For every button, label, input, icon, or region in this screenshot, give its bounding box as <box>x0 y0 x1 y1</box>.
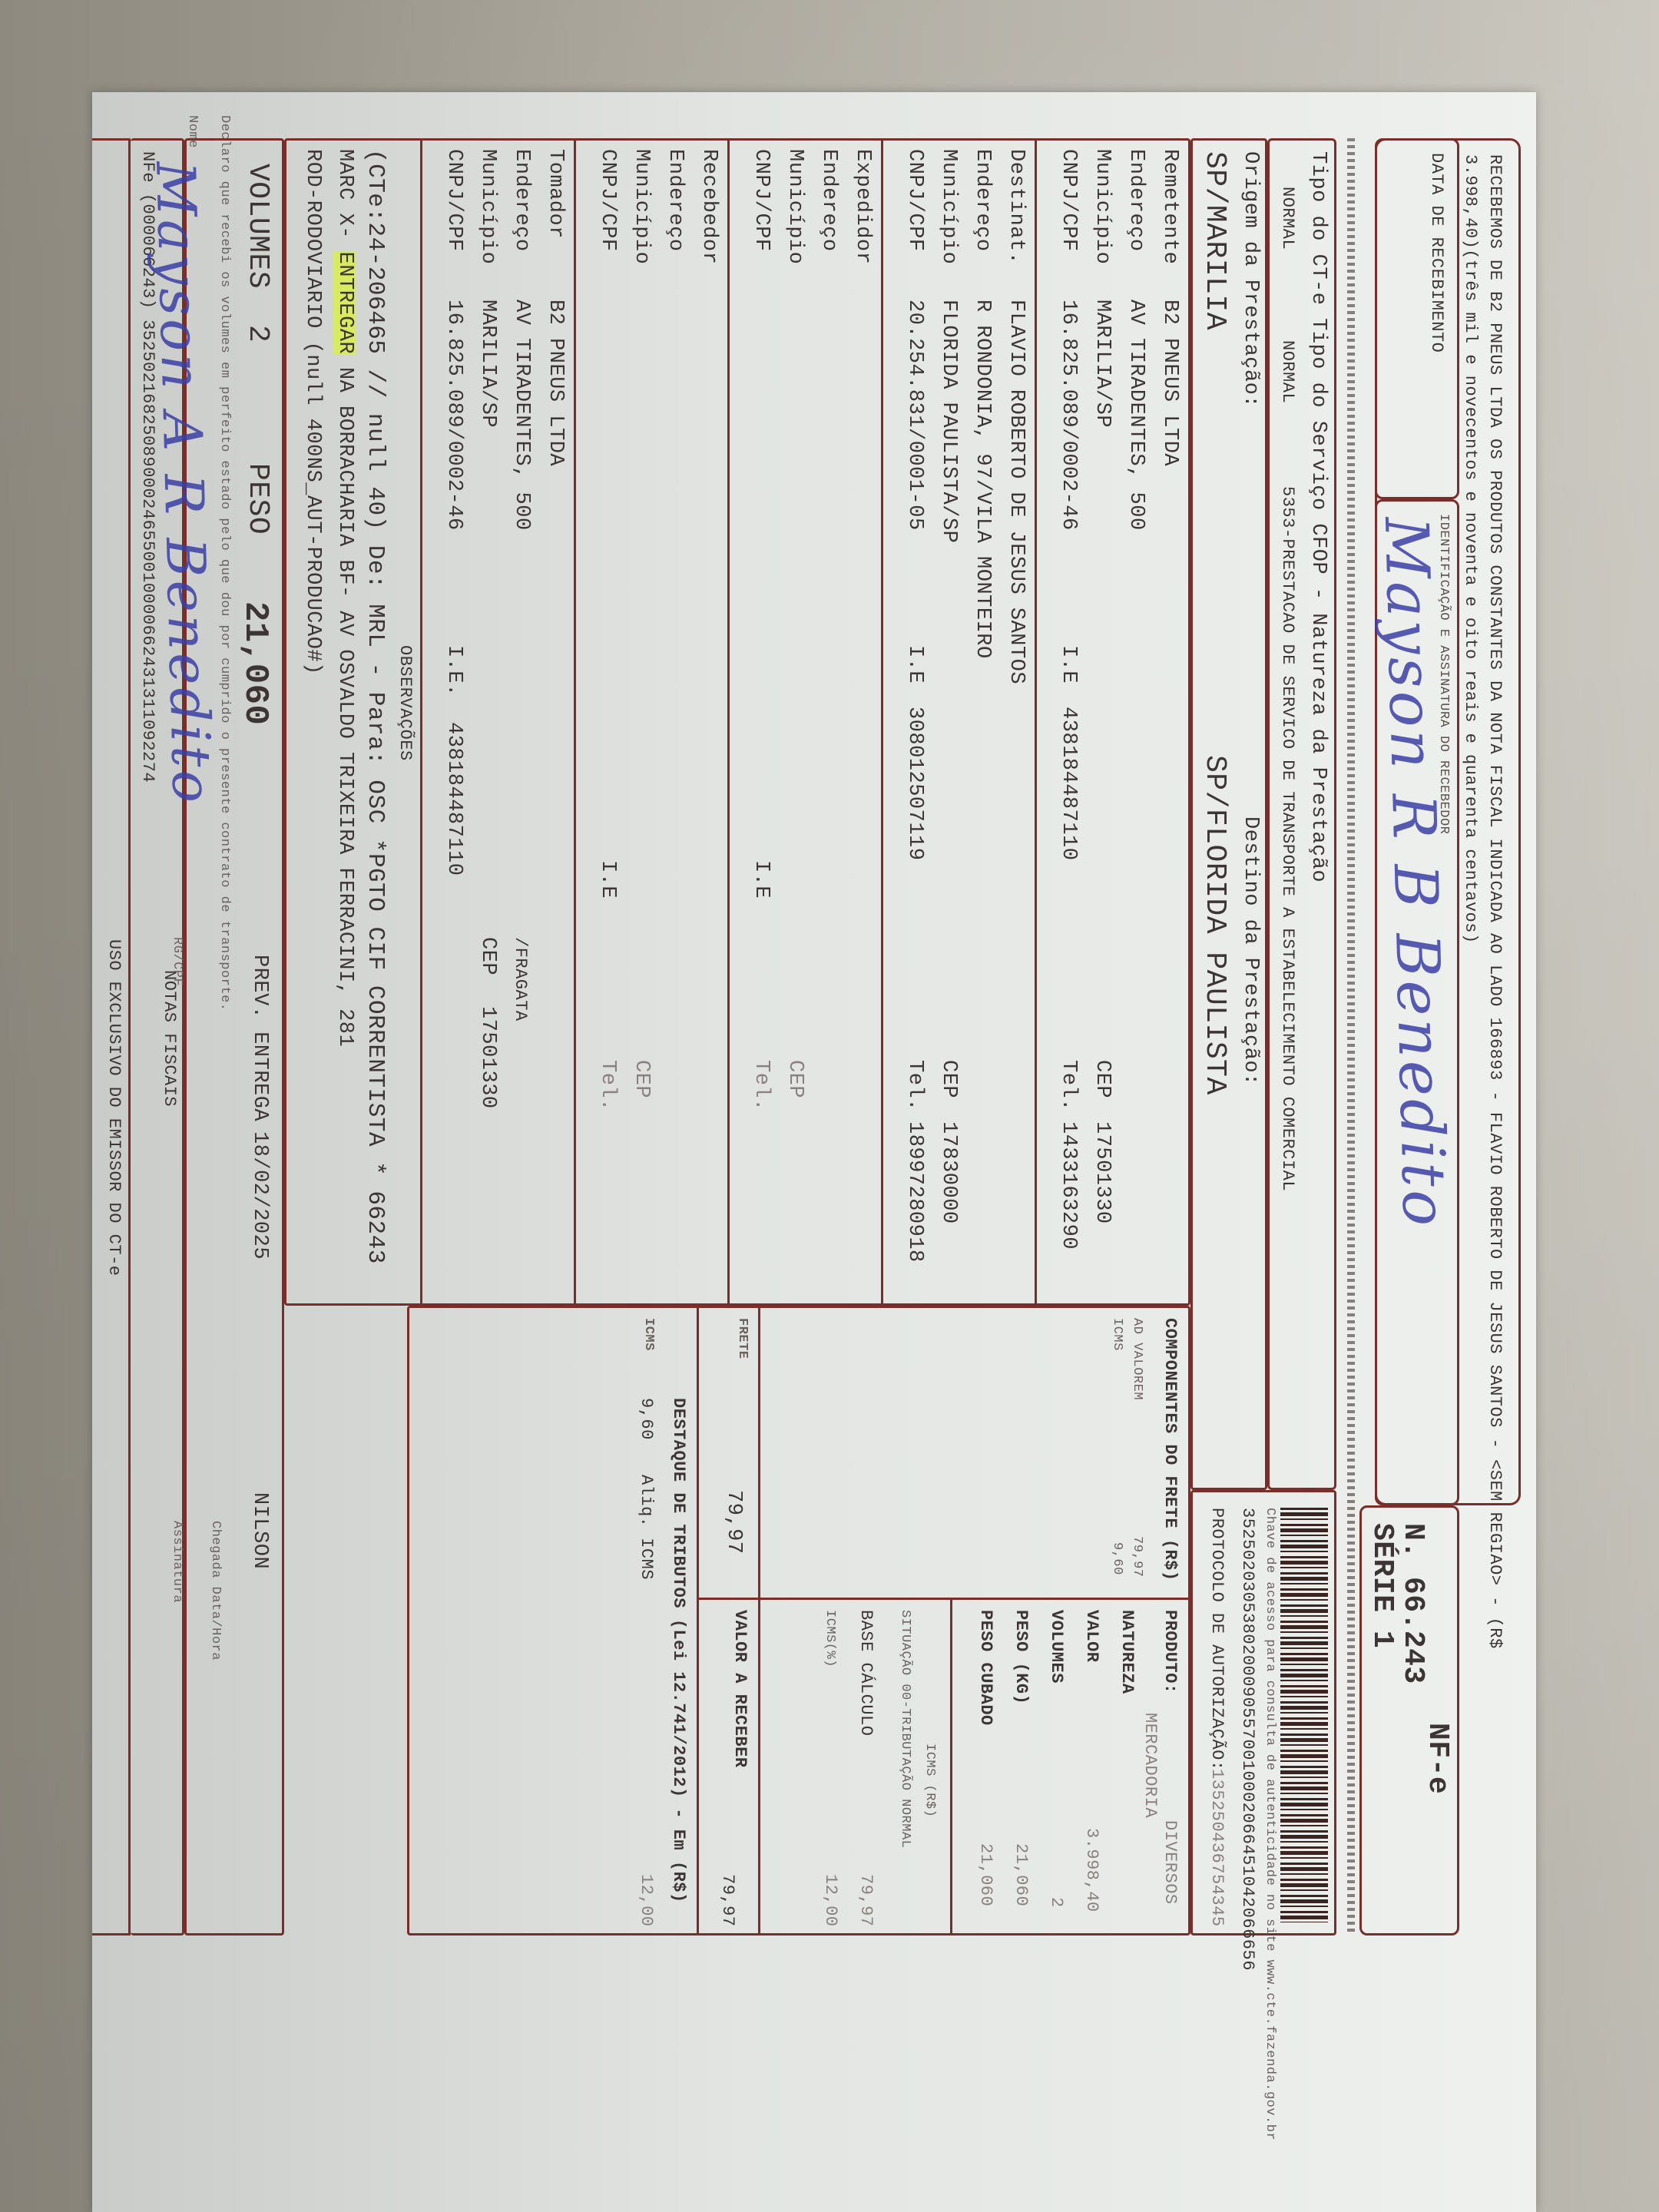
origin-value: SP/MARILIA <box>1198 151 1231 330</box>
observations-line-1: (CTe:24-206465 // null 40) De: MRL - Par… <box>362 149 389 1264</box>
service-type-value: NORMAL <box>1278 340 1297 403</box>
rg-label: RG/CPF <box>170 937 184 986</box>
payer-city-label: Município <box>476 149 499 264</box>
volumes-value: 2 <box>1047 1897 1066 1908</box>
recipient-city: FLORIDA PAULISTA/SP <box>937 300 960 543</box>
receipt-date-box[interactable]: DATA DE RECEBIMENTO <box>1375 138 1459 499</box>
amount-due-label: VALOR A RECEBER <box>730 1610 750 1768</box>
cte-type-label: Tipo do CT-e Tipo do Serviço CFOP - Natu… <box>1306 151 1330 882</box>
receipt-signature-box[interactable]: IDENTIFICAÇÃO E ASSINATURA DO RECEBEDOR … <box>1375 499 1459 1505</box>
sender-cep-label: CEP <box>1091 1060 1114 1098</box>
protocol-value: 135250436754345 <box>1207 1769 1227 1927</box>
divider <box>697 1306 699 1936</box>
observations-line-2: MARC X- ENTREGAR NA BORRACHARIA BF- AV O… <box>333 149 356 1047</box>
cte-type-value: NORMAL <box>1278 187 1297 250</box>
delivery-forecast-label: PREV. ENTREGA <box>248 955 271 1121</box>
sender-tel-label: Tel. <box>1057 1060 1080 1111</box>
payer-address: AV TIRADENTES, 500 <box>510 300 533 531</box>
freight-components-title: COMPONENTES DO FRETE (R$) <box>1161 1318 1180 1581</box>
observations-title: OBSERVAÇÕES <box>396 645 415 761</box>
goods-value: 3.998,40 <box>1082 1828 1101 1912</box>
recipient-cnpj: 20.254.831/0001-05 <box>903 300 926 531</box>
route-box: Origem da Prestação: SP/MARILIA Destino … <box>1190 138 1267 1490</box>
arrival-label: Chegada Data/Hora <box>208 1521 223 1661</box>
taxes-icms-label: ICMS <box>641 1318 656 1351</box>
observations-suffix: NA BORRACHARIA BF- AV OSVALDO TRIXEIRA F… <box>333 354 356 1047</box>
payer-name: B2 PNEUS LTDA <box>544 300 567 466</box>
shipper-label: Expedidor <box>851 149 874 264</box>
payer-district: /FRAGATA <box>511 937 530 1022</box>
payer-cnpj: 16.825.089/0002-46 <box>442 300 465 531</box>
receiver-cnpj-label: CNPJ/CPF <box>596 149 619 252</box>
weight-value: 21,060 <box>1012 1843 1031 1906</box>
taxes-rate-value: 12,00 <box>637 1874 656 1927</box>
amount-due-value: 79,97 <box>718 1874 737 1927</box>
receiver-tel-label: Tel. <box>596 1060 619 1111</box>
freight-total-value: 79,97 <box>722 1490 745 1555</box>
nfe-number: N. 66.243 <box>1396 1523 1429 1684</box>
origin-label: Origem da Prestação: <box>1239 151 1262 408</box>
values-box <box>407 1306 1190 1936</box>
cubed-weight-label: PESO CUBADO <box>976 1610 995 1726</box>
receiver-cep-label: CEP <box>630 1060 653 1098</box>
icms-rate-label: ICMS(%) <box>823 1610 837 1667</box>
nfe-number-box: NF-e N. 66.243 SÉRIE 1 <box>1359 1505 1459 1936</box>
nfe-label: NF-e <box>1421 1723 1454 1794</box>
receiver-label: Recebedor <box>697 149 720 264</box>
nature-label: NATUREZA <box>1118 1610 1137 1694</box>
sender-cnpj-label: CNPJ/CPF <box>1057 149 1080 252</box>
shipper-address-label: Endereço <box>817 149 840 252</box>
divider <box>727 138 730 1306</box>
recipient-tel-label: Tel. <box>903 1060 926 1111</box>
recipient-tel: 18997280918 <box>903 1121 926 1263</box>
recipient-cep-label: CEP <box>937 1060 960 1098</box>
sender-name: B2 PNEUS LTDA <box>1158 300 1181 466</box>
destination-label: Destino da Prestação: <box>1239 816 1262 1086</box>
payer-cep-label: CEP <box>476 937 499 975</box>
recipient-address-label: Endereço <box>971 149 994 252</box>
cfop-value: 5353-PRESTACAO DE SERVICO DE TRANSPORTE … <box>1278 486 1297 1191</box>
taxes-rate-label: Aliq. ICMS <box>637 1475 656 1580</box>
icms-situation: SITUAÇÃO 00-TRIBUTAÇÃO NORMAL <box>898 1610 912 1848</box>
calc-base-label: BASE CÁLCULO <box>856 1610 876 1736</box>
recipient-ie-label: I.E <box>903 645 926 684</box>
sender-city: MARILIA/SP <box>1091 300 1114 428</box>
recipient-cnpj-label: CNPJ/CPF <box>903 149 926 252</box>
taxes-icms-value: 9,60 <box>637 1398 656 1440</box>
sender-city-label: Município <box>1091 149 1114 264</box>
component-name: ICMS <box>1110 1318 1124 1351</box>
shipper-cnpj-label: CNPJ/CPF <box>750 149 773 252</box>
divider <box>699 1598 760 1600</box>
icms-title: ICMS (R$) <box>922 1743 937 1817</box>
shipper-ie-label: I.E <box>750 860 773 899</box>
sender-cep: 17501330 <box>1091 1121 1114 1224</box>
calc-base-value: 79,97 <box>856 1874 876 1927</box>
sender-ie-label: I.E <box>1057 645 1080 684</box>
shipper-city-label: Município <box>783 149 806 264</box>
component-value: 79,97 <box>1130 1536 1144 1578</box>
product-label: PRODUTO: <box>1161 1610 1180 1694</box>
recipient-cep: 17830000 <box>937 1121 960 1224</box>
component-value: 9,60 <box>1110 1542 1124 1575</box>
sender-address-label: Endereço <box>1124 149 1147 252</box>
cargo-weight-label: PESO <box>241 463 274 535</box>
weight-label: PESO (KG) <box>1012 1610 1031 1704</box>
sender-label: Remetente <box>1158 149 1181 264</box>
nature-value: DIVERSOS <box>1161 1820 1180 1905</box>
receipt-text: RECEBEMOS DE B2 PNEUS LTDA OS PRODUTOS C… <box>1485 154 1505 1649</box>
payer-label: Tomador <box>544 149 567 239</box>
receiver-ie-label: I.E <box>596 860 619 899</box>
divider <box>1035 138 1037 1306</box>
volumes-label: VOLUMES <box>1047 1610 1066 1684</box>
receiver-address-label: Endereço <box>664 149 687 252</box>
sender-tel: 1433163290 <box>1057 1121 1080 1250</box>
declaration-strip: Declaro que recebi os volumes em perfeit… <box>31 92 246 2212</box>
declaration-text: Declaro que recebi os volumes em perfeit… <box>217 115 232 1011</box>
divider <box>758 1306 760 1936</box>
icms-rate-value: 12,00 <box>821 1874 840 1927</box>
receiver-city-label: Município <box>630 149 653 264</box>
barcode <box>1280 1508 1328 1922</box>
shipper-tel-label: Tel. <box>750 1060 773 1111</box>
access-key-caption: Chave de acesso para consulta de autenti… <box>1263 1508 1277 2141</box>
divider <box>950 1598 952 1936</box>
perforation-line <box>1347 138 1355 1936</box>
receipt-date-label: DATA DE RECEBIMENTO <box>1427 153 1446 353</box>
name-signature: Mayson A R Benedito <box>144 161 224 806</box>
observations-prefix: MARC X- <box>333 149 356 252</box>
component-name: AD VALOREM <box>1130 1318 1144 1400</box>
cubed-weight-value: 21,060 <box>976 1843 995 1906</box>
delivery-forecast-date: 18/02/2025 <box>248 1131 271 1260</box>
goods-value-label: VALOR <box>1082 1610 1101 1663</box>
destination-value: SP/FLORIDA PAULISTA <box>1198 755 1231 1095</box>
recipient-ie: 308012507119 <box>903 707 926 860</box>
payer-cnpj-label: CNPJ/CPF <box>442 149 465 252</box>
access-key-value: 3525020305380200090557001000206645104206… <box>1238 1508 1257 1971</box>
divider <box>760 1598 1190 1600</box>
divider <box>420 138 422 1306</box>
cargo-volumes-value: 2 <box>241 325 274 343</box>
recipient-label: Destinat. <box>1005 149 1028 264</box>
cargo-volumes-label: VOLUMES <box>241 164 274 289</box>
sender-ie: 438184487110 <box>1057 707 1080 860</box>
driver-name: NILSON <box>248 1492 271 1569</box>
signature-label: Assinatura <box>170 1521 184 1603</box>
divider <box>574 138 576 1306</box>
recipient-address: R RONDONIA, 97/VILA MONTEIRO <box>971 300 994 659</box>
recipient-name: FLAVIO ROBERTO DE JESUS SANTOS <box>1005 300 1028 684</box>
dacte-document: RECEBEMOS DE B2 PNEUS LTDA OS PRODUTOS C… <box>92 92 1536 2212</box>
cte-type-box: Tipo do CT-e Tipo do Serviço CFOP - Natu… <box>1267 138 1336 1490</box>
payer-ie-label: I.E. <box>442 645 465 697</box>
protocol-label: PROTOCOLO DE AUTORIZAÇÃO: <box>1207 1508 1227 1771</box>
observations-line-3: ROD-RODOVIARIO (null 400NS_AUT-PRODUCAO#… <box>301 149 324 675</box>
freight-total-label: FRETE <box>735 1318 750 1359</box>
payer-ie: 438184487110 <box>442 722 465 876</box>
divider <box>881 138 883 1306</box>
sender-address: AV TIRADENTES, 500 <box>1124 300 1147 531</box>
access-key-box: Chave de acesso para consulta de autenti… <box>1190 1490 1336 1936</box>
name-label: Nome <box>185 115 200 148</box>
payer-city: MARILIA/SP <box>476 300 499 428</box>
shipper-cep-label: CEP <box>783 1060 806 1098</box>
payer-cep: 17501330 <box>476 1006 499 1109</box>
nfe-series: SÉRIE 1 <box>1366 1523 1399 1648</box>
recipient-city-label: Município <box>937 149 960 264</box>
receipt-amount-text: 3.998,40)(três mil e novecentos e novent… <box>1461 154 1480 944</box>
highlighted-text: ENTREGAR <box>333 252 356 355</box>
taxes-title: DESTAQUE DE TRIBUTOS (Lei 12.741/2012) -… <box>669 1398 688 1903</box>
product-value: MERCADORIA <box>1141 1713 1160 1818</box>
payer-address-label: Endereço <box>510 149 533 252</box>
sender-cnpj: 16.825.089/0002-46 <box>1057 300 1080 531</box>
